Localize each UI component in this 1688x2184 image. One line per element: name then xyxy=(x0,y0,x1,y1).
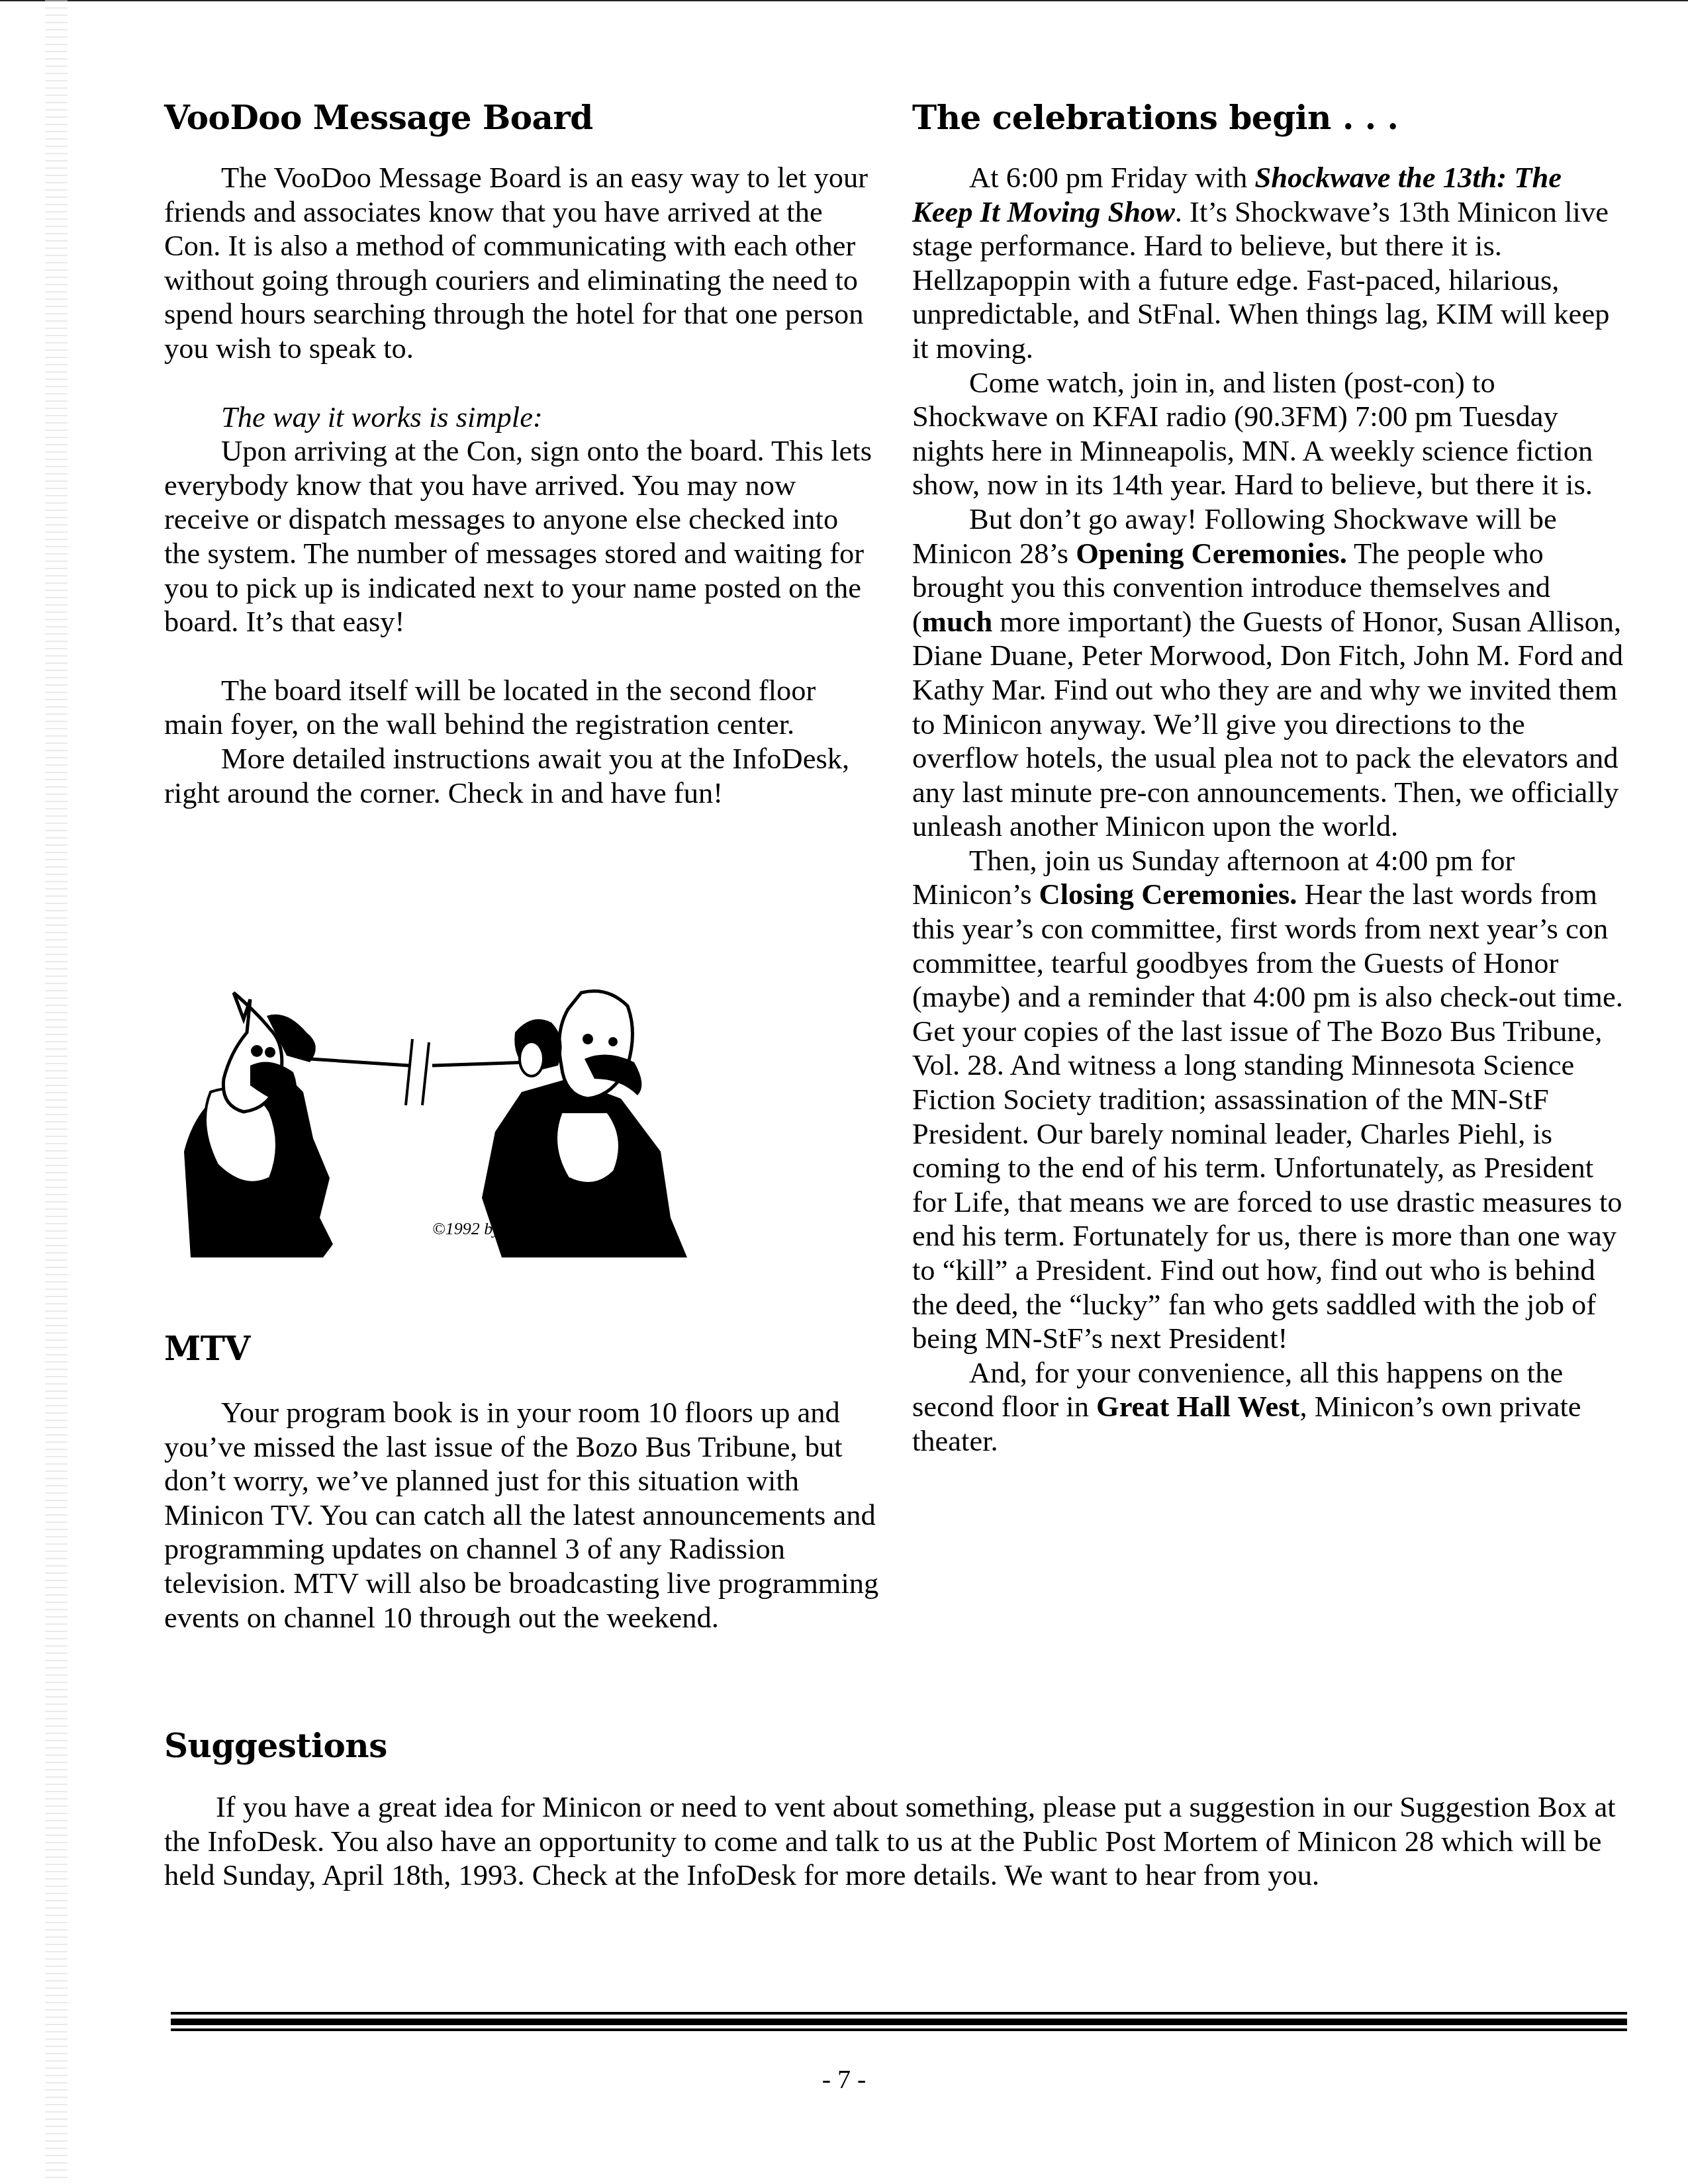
mtv-section: MTV Your program book is in your room 10… xyxy=(164,1330,879,1635)
mtv-heading: MTV xyxy=(164,1330,879,1367)
vulture-cartoon-illustration: ©1992 by M. Skirvin xyxy=(171,979,866,1257)
p3-rest: more important) the Guests of Honor, Sus… xyxy=(912,605,1623,843)
p4-rest: Hear the last words from this year’s con… xyxy=(912,878,1623,1355)
voodoo-location: The board itself will be located in the … xyxy=(164,674,879,742)
suggestions-body: If you have a great idea for Minicon or … xyxy=(164,1790,1620,1893)
celebrations-heading: The celebrations begin . . . xyxy=(912,99,1627,136)
voodoo-steps: Upon arriving at the Con, sign onto the … xyxy=(164,434,879,639)
scan-binding-edge xyxy=(45,0,68,2184)
voodoo-more-info: More detailed instructions await you at … xyxy=(164,742,879,810)
celebrations-paragraph-2: Come watch, join in, and listen (post-co… xyxy=(912,366,1627,502)
celebrations-paragraph-1: At 6:00 pm Friday with Shockwave the 13t… xyxy=(912,161,1627,366)
celebrations-paragraph-5: And, for your convenience, all this happ… xyxy=(912,1356,1627,1459)
voodoo-intro: The VooDoo Message Board is an easy way … xyxy=(164,161,879,366)
scan-top-edge xyxy=(0,0,1688,1)
voodoo-section: VooDoo Message Board The VooDoo Message … xyxy=(164,99,879,810)
great-hall-west: Great Hall West xyxy=(1096,1390,1299,1423)
p1-lead: At 6:00 pm Friday with xyxy=(969,161,1254,194)
vultures-phone-icon: ©1992 by M. Skirvin xyxy=(171,979,866,1257)
footer-divider xyxy=(171,2012,1627,2031)
voodoo-heading: VooDoo Message Board xyxy=(164,99,879,136)
celebrations-paragraph-4: Then, join us Sunday afternoon at 4:00 p… xyxy=(912,844,1627,1356)
suggestions-heading: Suggestions xyxy=(164,1727,1620,1764)
celebrations-paragraph-3: But don’t go away! Following Shockwave w… xyxy=(912,502,1627,844)
mtv-body: Your program book is in your room 10 flo… xyxy=(164,1396,879,1635)
suggestions-section: Suggestions If you have a great idea for… xyxy=(164,1727,1620,1893)
closing-ceremonies: Closing Ceremonies. xyxy=(1039,878,1297,911)
voodoo-how-it-works: The way it works is simple: xyxy=(164,400,879,435)
opening-ceremonies: Opening Ceremonies. xyxy=(1076,537,1347,570)
page-number: - 7 - xyxy=(0,2064,1688,2095)
much-emphasis: much xyxy=(922,605,992,638)
cartoon-signature: ©1992 by M. Skirvin xyxy=(432,1219,577,1238)
celebrations-section: The celebrations begin . . . At 6:00 pm … xyxy=(912,99,1627,1459)
